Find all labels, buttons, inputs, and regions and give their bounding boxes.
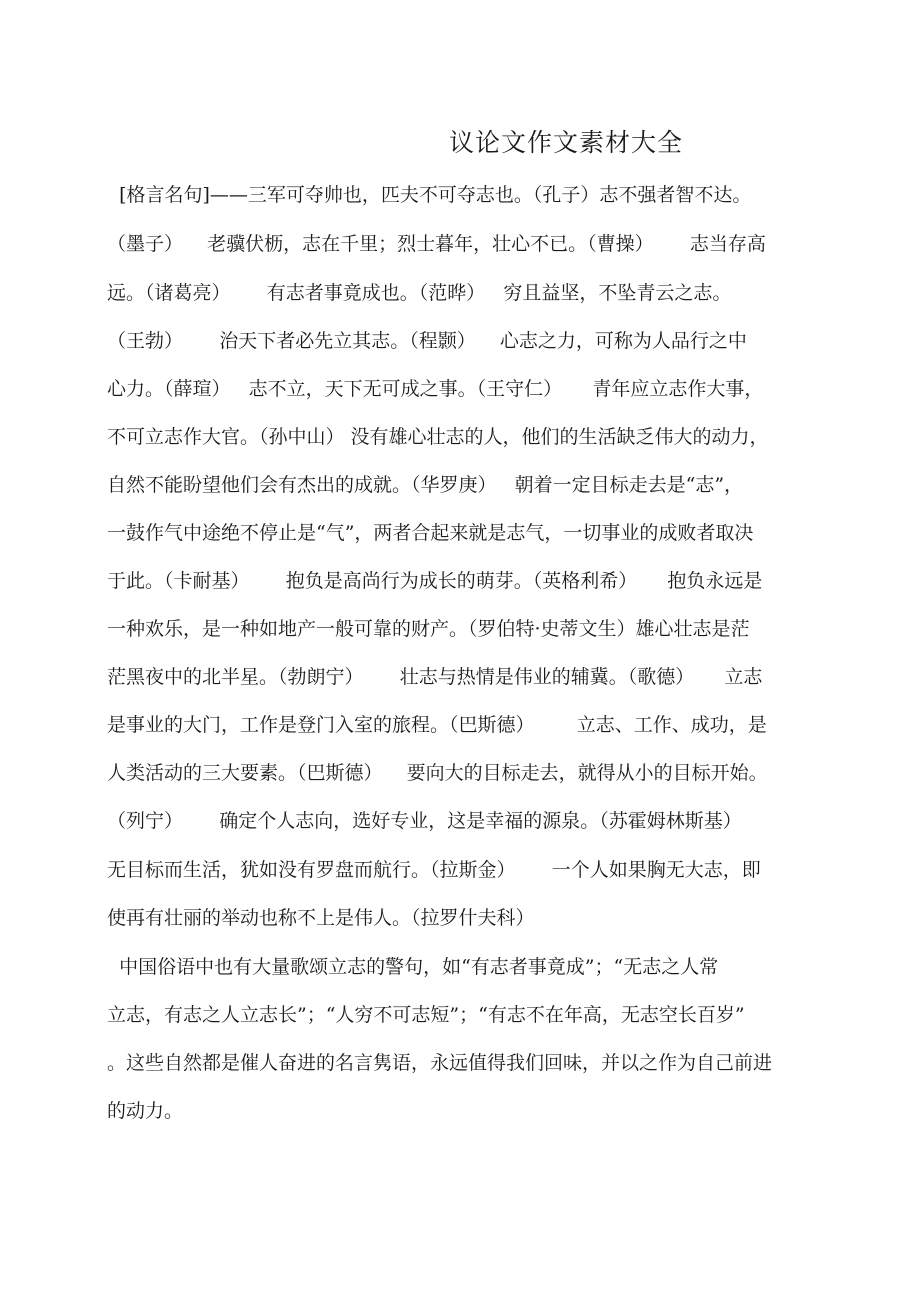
document-page: 议论文作文素材大全 [格言名句]——三军可夺帅也，匹夫不可夺志也。（孔子）志不强… [0, 0, 920, 1302]
text-line: 心力。（薛瑄） 志不立，天下无可成之事。（王守仁） 青年应立志作大事， [107, 375, 763, 403]
text-line: 人类活动的三大要素。（巴斯德） 要向大的目标走去，就得从小的目标开始。 [107, 759, 768, 787]
text-line: 中国俗语中也有大量歌颂立志的警句，如“有志者事竟成”；“无志之人常 [107, 953, 718, 981]
text-line: 于此。（卡耐基） 抱负是高尚行为成长的萌芽。（英格利希） 抱负永远是 [107, 567, 762, 595]
text-line: 远。（诸葛亮） 有志者事竟成也。（范晔） 穷且益坚，不坠青云之志。 [107, 279, 731, 307]
text-line: 一鼓作气中途绝不停止是“气”，两者合起来就是志气，一切事业的成败者取决 [107, 519, 753, 547]
text-line: 一种欢乐，是一种如地产一般可靠的财产。（罗伯特·史蒂文生）雄心壮志是茫 [107, 615, 750, 643]
text-line: 无目标而生活，犹如没有罗盘而航行。（拉斯金） 一个人如果胸无大志，即 [107, 856, 761, 884]
text-line: （列宁） 确定个人志向，选好专业，这是幸福的源泉。（苏霍姆林斯基） [107, 807, 742, 835]
text-line: 的动力。 [107, 1097, 183, 1125]
text-line: 。这些自然都是催人奋进的名言隽语，永远值得我们回味，并以之作为自己前进 [107, 1049, 772, 1077]
text-line: （王勃） 治天下者必先立其志。（程颢） 心志之力，可称为人品行之中 [107, 327, 747, 355]
text-line: 使再有壮丽的举动也称不上是伟人。（拉罗什夫科） [107, 904, 535, 932]
text-line: [格言名句]——三军可夺帅也，匹夫不可夺志也。（孔子）志不强者智不达。 [107, 181, 751, 209]
document-title: 议论文作文素材大全 [449, 126, 683, 160]
text-line: 不可立志作大官。（孙中山） 没有雄心壮志的人，他们的生活缺乏伟大的动力， [107, 423, 769, 451]
text-line: 茫黑夜中的北半星。（勃朗宁） 壮志与热情是伟业的辅冀。（歌德） 立志 [107, 663, 762, 691]
text-line: （墨子） 老骥伏枥，志在千里；烈士暮年，壮心不已。（曹操） 志当存高 [107, 230, 766, 258]
text-line: 立志，有志之人立志长”；“人穷不可志短”；“有志不在年高，无志空长百岁” [107, 1001, 745, 1029]
text-line: 自然不能盼望他们会有杰出的成就。（华罗庚） 朝着一定目标走去是“志”， [107, 471, 743, 499]
text-line: 是事业的大门，工作是登门入室的旅程。（巴斯德） 立志、工作、成功，是 [107, 711, 767, 739]
